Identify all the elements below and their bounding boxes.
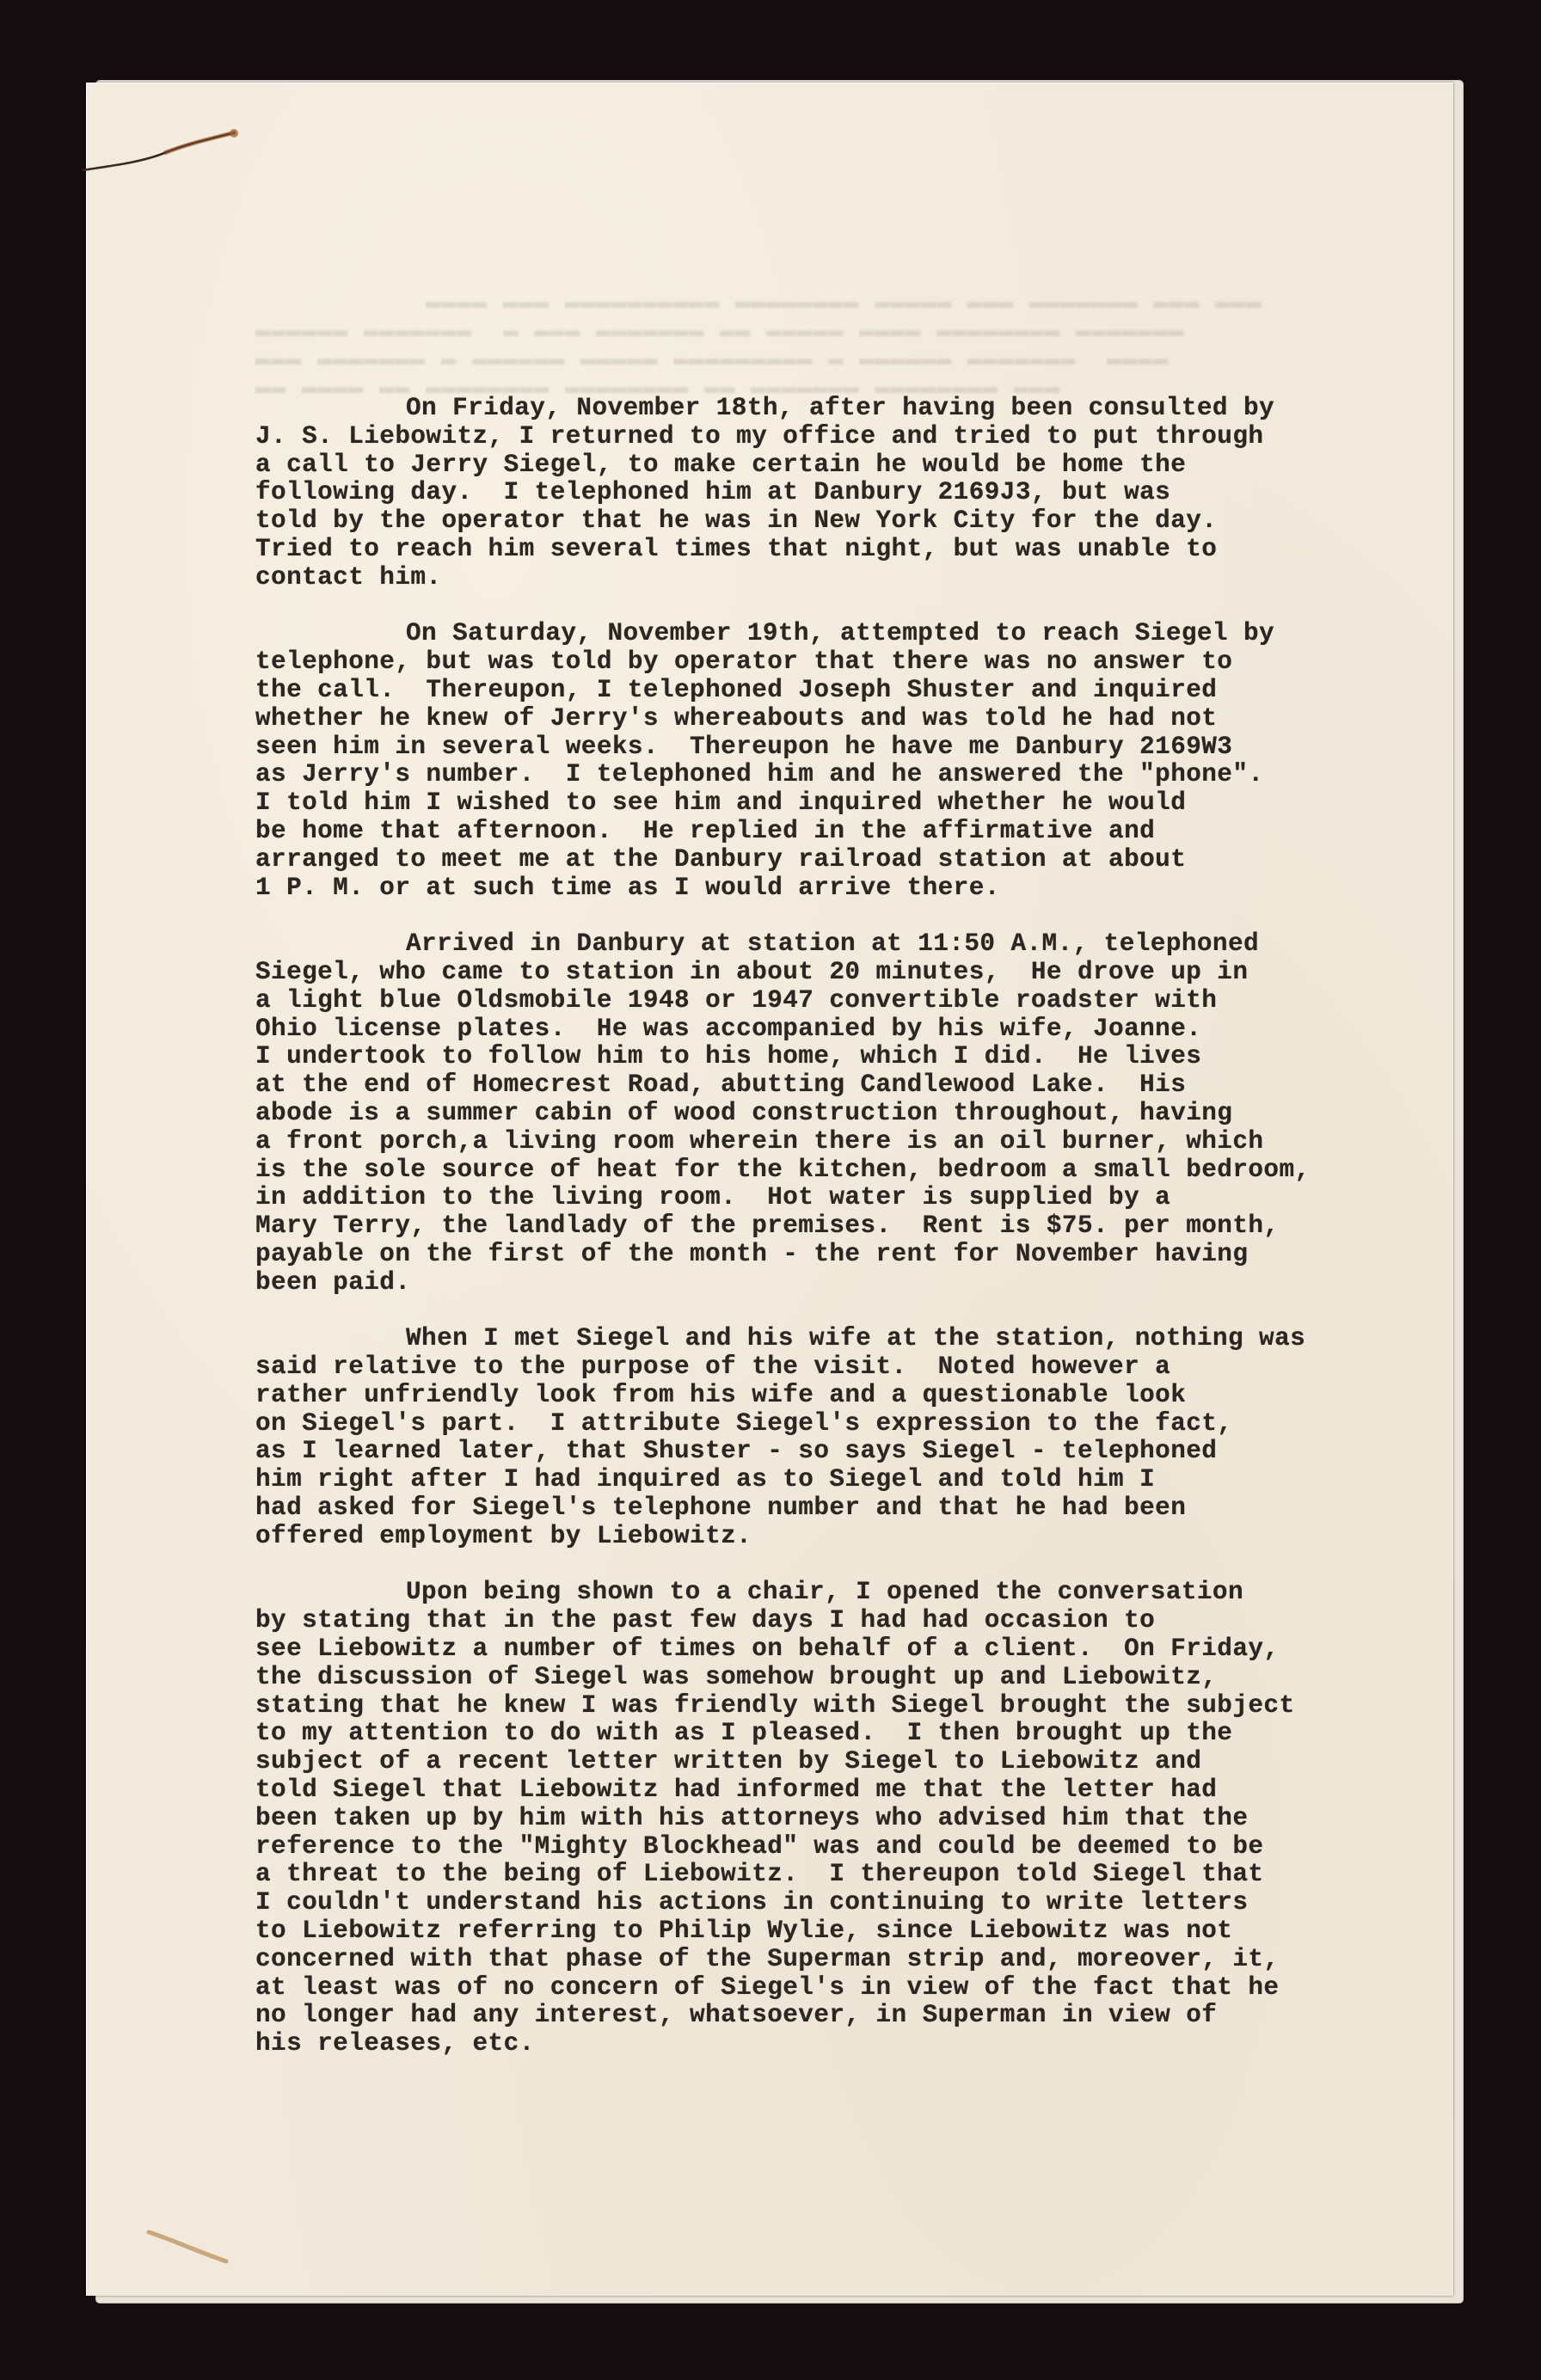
- text-line: telephone, but was told by operator that…: [255, 648, 1416, 677]
- text-line: at the end of Homecrest Road, abutting C…: [255, 1071, 1416, 1100]
- text-line: at least was of no concern of Siegel's i…: [255, 1974, 1416, 2003]
- text-line: I told him I wished to see him and inqui…: [255, 789, 1416, 818]
- text-line: On Saturday, November 19th, attempted to…: [255, 620, 1416, 648]
- text-line: Upon being shown to a chair, I opened th…: [255, 1579, 1416, 1607]
- text-line: Mary Terry, the landlady of the premises…: [255, 1212, 1416, 1241]
- staple-wire-icon: [83, 129, 246, 181]
- text-line: been taken up by him with his attorneys …: [255, 1805, 1416, 1833]
- paragraph-station-meeting: When I met Siegel and his wife at the st…: [255, 1325, 1416, 1550]
- text-line: to my attention to do with as I pleased.…: [255, 1720, 1416, 1748]
- text-line: a front porch,a living room wherein ther…: [255, 1128, 1416, 1156]
- text-line: stating that he knew I was friendly with…: [255, 1692, 1416, 1721]
- text-line: Tried to reach him several times that ni…: [255, 536, 1416, 564]
- text-line: as I learned later, that Shuster - so sa…: [255, 1438, 1416, 1466]
- text-line: a light blue Oldsmobile 1948 or 1947 con…: [255, 987, 1416, 1015]
- text-line: on Siegel's part. I attribute Siegel's e…: [255, 1410, 1416, 1438]
- text-line: told Siegel that Liebowitz had informed …: [255, 1776, 1416, 1805]
- text-line: his releases, etc.: [255, 2030, 1416, 2058]
- paragraph-friday-call: On Friday, November 18th, after having b…: [255, 395, 1416, 592]
- text-line: payable on the first of the month - the …: [255, 1241, 1416, 1269]
- text-line: On Friday, November 18th, after having b…: [255, 395, 1416, 423]
- text-line: had asked for Siegel's telephone number …: [255, 1494, 1416, 1523]
- text-line: Siegel, who came to station in about 20 …: [255, 959, 1416, 987]
- text-line: been paid.: [255, 1269, 1416, 1297]
- text-line: see Liebowitz a number of times on behal…: [255, 1635, 1416, 1664]
- text-line: I undertook to follow him to his home, w…: [255, 1043, 1416, 1071]
- text-line: him right after I had inquired as to Sie…: [255, 1466, 1416, 1494]
- text-line: Ohio license plates. He was accompanied …: [255, 1015, 1416, 1044]
- text-line: told by the operator that he was in New …: [255, 507, 1416, 536]
- reverse-side-bleed-text: ▬▬▬▬ ▬▬▬ ▬▬▬▬▬▬▬▬▬▬ ▬▬▬▬▬▬▬▬ ▬▬▬▬▬ ▬▬▬ ▬…: [255, 288, 1262, 402]
- text-line: rather unfriendly look from his wife and…: [255, 1382, 1416, 1410]
- text-line: 1 P. M. or at such time as I would arriv…: [255, 874, 1416, 903]
- text-line: arranged to meet me at the Danbury railr…: [255, 846, 1416, 874]
- text-line: by stating that in the past few days I h…: [255, 1607, 1416, 1635]
- paragraph-conversation: Upon being shown to a chair, I opened th…: [255, 1579, 1416, 2058]
- text-line: subject of a recent letter written by Si…: [255, 1748, 1416, 1776]
- memo-body: On Friday, November 18th, after having b…: [255, 395, 1416, 2087]
- rust-stain-icon: [144, 2227, 239, 2270]
- text-line: offered employment by Liebowitz.: [255, 1523, 1416, 1551]
- text-line: seen him in several weeks. Thereupon he …: [255, 733, 1416, 762]
- text-line: Arrived in Danbury at station at 11:50 A…: [255, 930, 1416, 959]
- text-line: no longer had any interest, whatsoever, …: [255, 2002, 1416, 2030]
- text-line: abode is a summer cabin of wood construc…: [255, 1100, 1416, 1128]
- text-line: I couldn't understand his actions in con…: [255, 1889, 1416, 1917]
- text-line: following day. I telephoned him at Danbu…: [255, 479, 1416, 507]
- paragraph-saturday-call: On Saturday, November 19th, attempted to…: [255, 620, 1416, 902]
- text-line: said relative to the purpose of the visi…: [255, 1353, 1416, 1382]
- text-line: contact him.: [255, 564, 1416, 592]
- text-line: as Jerry's number. I telephoned him and …: [255, 761, 1416, 789]
- text-line: When I met Siegel and his wife at the st…: [255, 1325, 1416, 1353]
- text-line: concerned with that phase of the Superma…: [255, 1946, 1416, 1974]
- text-line: a call to Jerry Siegel, to make certain …: [255, 451, 1416, 480]
- text-line: to Liebowitz referring to Philip Wylie, …: [255, 1917, 1416, 1946]
- text-line: reference to the "Mighty Blockhead" was …: [255, 1833, 1416, 1862]
- text-line: is the sole source of heat for the kitch…: [255, 1156, 1416, 1185]
- text-line: the discussion of Siegel was somehow bro…: [255, 1664, 1416, 1692]
- text-line: the call. Thereupon, I telephoned Joseph…: [255, 677, 1416, 705]
- text-line: in addition to the living room. Hot wate…: [255, 1184, 1416, 1212]
- text-line: a threat to the being of Liebowitz. I th…: [255, 1861, 1416, 1889]
- text-line: J. S. Liebowitz, I returned to my office…: [255, 423, 1416, 451]
- text-line: whether he knew of Jerry's whereabouts a…: [255, 705, 1416, 733]
- paragraph-arrival-danbury: Arrived in Danbury at station at 11:50 A…: [255, 930, 1416, 1297]
- text-line: be home that afternoon. He replied in th…: [255, 818, 1416, 846]
